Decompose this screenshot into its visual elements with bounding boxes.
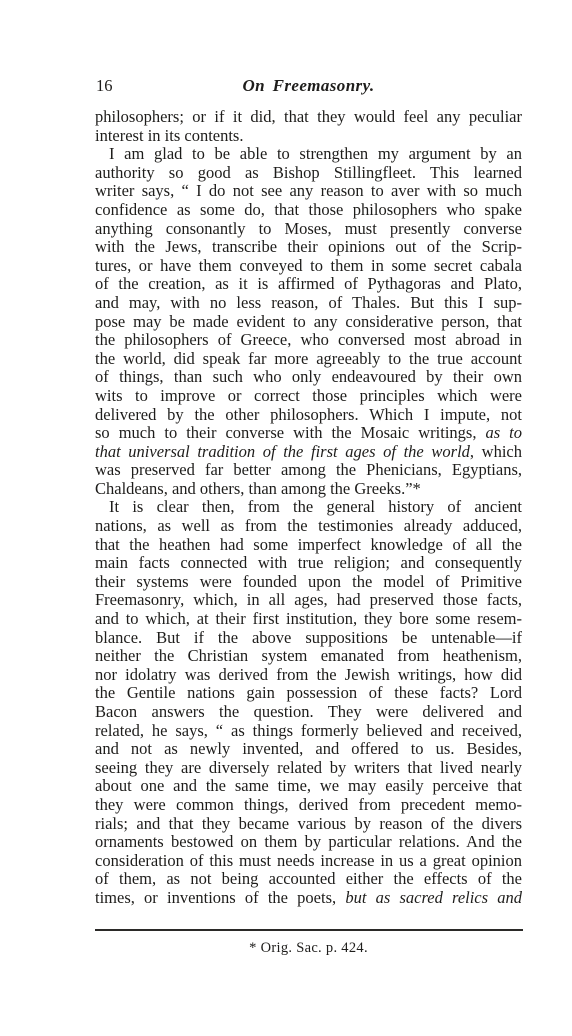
text-line: about one and the same time, we may easi… [95,777,522,796]
text-line: of them, as not being accounted either t… [95,870,522,889]
text-line: of things, than such who only endeavoure… [95,368,522,387]
text-line: It is clear then, from the general histo… [95,498,522,517]
text-line: the world, did speak far more agreeably … [95,350,522,369]
running-title: On Freemasonry. [95,76,522,96]
text-line: confidence as some do, that those philos… [95,201,522,220]
text-line: of the creation, as it is affirmed of Py… [95,275,522,294]
text-line: wits to improve or correct those princip… [95,387,522,406]
text-line: was preserved far better among the Pheni… [95,461,522,480]
footnote-rule [95,929,523,931]
text-line: related, he says, “ as things formerly b… [95,722,522,741]
text-line: anything consonantly to Moses, must pres… [95,220,522,239]
text-line: and may, with no less reason, of Thales.… [95,294,522,313]
page-header: 16 On Freemasonry. [95,76,522,98]
text-line: that universal tradition of the first ag… [95,443,522,462]
text-line: and to which, at their first institution… [95,610,522,629]
text-line: times, or inventions of the poets, but a… [95,889,522,908]
text-line: the Gentile nations gain possession of t… [95,684,522,703]
text-line: and not as newly invented, and offered t… [95,740,522,759]
text-line: writer says, “ I do not see any reason t… [95,182,522,201]
text-line: neither the Christian system emanated fr… [95,647,522,666]
text-line: authority so good as Bishop Stillingflee… [95,164,522,183]
text-line: their systems were founded upon the mode… [95,573,522,592]
text-line: blance. But if the above suppositions be… [95,629,522,648]
text-line: Bacon answers the question. They were de… [95,703,522,722]
body-text: philosophers; or if it did, that they wo… [95,108,522,908]
text-line: I am glad to be able to strengthen my ar… [95,145,522,164]
text-line: with the Jews, transcribe their opinions… [95,238,522,257]
text-line: delivered by the other philosophers. Whi… [95,406,522,425]
text-line: they were common things, derived from pr… [95,796,522,815]
text-line: interest in its contents. [95,127,522,146]
text-line: philosophers; or if it did, that they wo… [95,108,522,127]
text-line: tures, or have them conveyed to them in … [95,257,522,276]
book-page: 16 On Freemasonry. philosophers; or if i… [0,0,572,1036]
text-line: main facts connected with true religion;… [95,554,522,573]
text-line: nor idolatry was derived from the Jewish… [95,666,522,685]
footnote: * Orig. Sac. p. 424. [95,940,522,957]
text-line: that the heathen had some imperfect know… [95,536,522,555]
text-line: Chaldeans, and others, than among the Gr… [95,480,522,499]
text-line: so much to their converse with the Mosai… [95,424,522,443]
text-line: pose may be made evident to any consider… [95,313,522,332]
text-line: nations, as well as from the testimonies… [95,517,522,536]
text-line: seeing they are diversely related by wri… [95,759,522,778]
text-line: consideration of this must needs increas… [95,852,522,871]
text-line: rials; and that they became various by r… [95,815,522,834]
text-line: the philosophers of Greece, who converse… [95,331,522,350]
text-line: ornaments bestowed on them by particular… [95,833,522,852]
text-line: Freemasonry, which, in all ages, had pre… [95,591,522,610]
